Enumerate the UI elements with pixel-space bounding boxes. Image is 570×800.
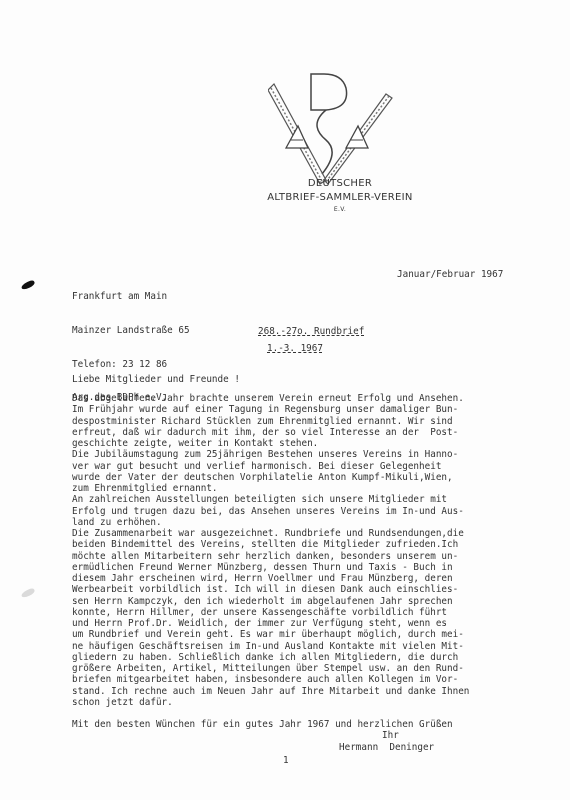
page-number: 1 [283, 755, 289, 766]
address-line: Telefon: 23 12 86 [72, 359, 190, 370]
posthorn-logo-icon [268, 70, 398, 190]
body-line: geschichte zeigte, weiter in Kontakt ste… [72, 438, 469, 449]
body-line: diesem Jahr erscheinen wird, Herrn Voell… [72, 573, 469, 584]
body-line: beiden Bindemittel des Vereins, stellten… [72, 539, 469, 550]
body-line: gliedern zu haben. Schließlich danke ich… [72, 652, 469, 663]
body-line: ne häufigen Geschäftsreisen im In-und Au… [72, 641, 469, 652]
body-line: ver war gut besucht und verlief harmonis… [72, 461, 469, 472]
address-line: Frankfurt am Main [72, 291, 190, 302]
body-line: ermüdlichen Freund Werner Münzberg, dess… [72, 562, 469, 573]
address-line: Mainzer Landstraße 65 [72, 325, 190, 336]
body-line: land zu erhöhen. [72, 517, 469, 528]
body-line: briefen mitgearbeitet haben, insbesonder… [72, 674, 469, 685]
closing-ihr: Ihr [382, 730, 399, 741]
body-line: Werbearbeit vorbildlich ist. Ich will in… [72, 584, 469, 595]
closing-line: Mit den besten Wünchen für ein gutes Jah… [72, 719, 453, 730]
body-line: Die Jubiläumstagung zum 25jährigen Beste… [72, 449, 469, 460]
letter-date: Januar/Februar 1967 [397, 269, 503, 280]
body-line: Die Zusammenarbeit war ausgezeichnet. Ru… [72, 528, 469, 539]
body-line: Im Frühjahr wurde auf einer Tagung in Re… [72, 404, 469, 415]
punch-mark-icon [20, 587, 35, 598]
org-name-line1: DEUTSCHER [240, 178, 440, 189]
body-line: möchte allen Mitarbeitern sehr herzlich … [72, 551, 469, 562]
body-line: An zahlreichen Ausstellungen beteiligten… [72, 494, 469, 505]
body-line: größere Arbeiten, Artikel, Mitteilungen … [72, 663, 469, 674]
punch-mark-icon [20, 279, 35, 290]
org-name-line3: E.V. [240, 206, 440, 213]
body-line: erfreut, daß wir dadurch mit ihm, der so… [72, 427, 469, 438]
body-line: Das abgelaufene Jahr brachte unserem Ver… [72, 393, 469, 404]
greeting: Liebe Mitglieder und Freunde ! [72, 374, 240, 385]
body-line: wurde der Vater der deutschen Vorphilate… [72, 472, 469, 483]
body-line: sen Herrn Kampczyk, den ich wiederholt i… [72, 596, 469, 607]
newsletter-period: 1.-3. 1967 [267, 343, 323, 354]
letter-page: DEUTSCHER ALTBRIEF-SAMMLER-VEREIN E.V. F… [0, 0, 570, 800]
body-line: und Herrn Prof.Dr. Weidlich, der immer z… [72, 618, 469, 629]
letter-body: Das abgelaufene Jahr brachte unserem Ver… [72, 393, 469, 708]
newsletter-title: 268.-27o. Rundbrief [258, 326, 364, 337]
body-line: zum Ehrenmitglied ernannt. [72, 483, 469, 494]
org-name-line2: ALTBRIEF-SAMMLER-VEREIN [240, 192, 440, 203]
body-line: konnte, Herrn Hillmer, der unsere Kassen… [72, 607, 469, 618]
body-line: stand. Ich rechne auch im Neuen Jahr auf… [72, 686, 469, 697]
body-line: um Rundbrief und Verein geht. Es war mir… [72, 629, 469, 640]
signature: Hermann Deninger [339, 742, 434, 753]
body-line: despostminister Richard Stücklen zum Ehr… [72, 416, 469, 427]
body-line: Erfolg und trugen dazu bei, das Ansehen … [72, 506, 469, 517]
body-line: schon jetzt dafür. [72, 697, 469, 708]
